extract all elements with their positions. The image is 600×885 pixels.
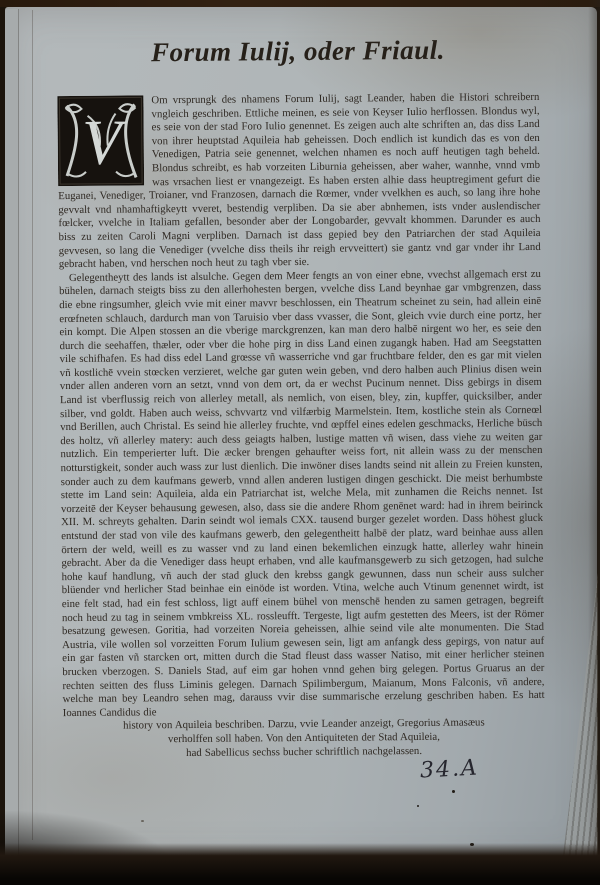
foxing-speck bbox=[470, 843, 474, 846]
handwritten-folio-number: 34.A bbox=[419, 755, 479, 783]
foxing-speck bbox=[417, 805, 419, 807]
foxing-speck bbox=[452, 790, 455, 793]
page-title: Forum Iulij, oder Friaul. bbox=[57, 34, 539, 69]
closing-taper: history von Aquileia beschriben. Darzu, … bbox=[63, 716, 545, 761]
background-top-edge bbox=[0, 0, 600, 7]
body-text: V Om vrsprungk des nhamens Forum Iulij, … bbox=[57, 91, 545, 761]
background-bottom-edge bbox=[0, 843, 600, 885]
paragraph-1: V Om vrsprungk des nhamens Forum Iulij, … bbox=[57, 91, 541, 272]
paragraph-2: Gelegentheytt des lands ist alsulche. Ge… bbox=[59, 268, 545, 721]
drop-cap: V bbox=[57, 95, 144, 186]
book-photo: Forum Iulij, oder Friaul. V Om vrsprungk… bbox=[0, 0, 600, 885]
paragraph-2-text: Gelegentheytt des lands ist alsulche. Ge… bbox=[59, 268, 545, 719]
gutter-fold-line bbox=[32, 10, 33, 840]
printed-content: Forum Iulij, oder Friaul. V Om vrsprungk… bbox=[57, 34, 545, 761]
under-page-edge bbox=[5, 9, 19, 857]
foxing-speck bbox=[141, 820, 144, 822]
drop-cap-ornament-icon: V bbox=[57, 95, 144, 186]
